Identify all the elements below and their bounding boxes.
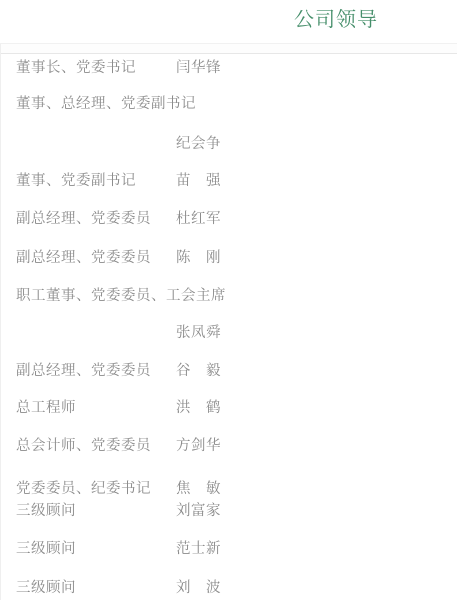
leadership-row: 职工董事、党委委员、工会主席 [0,289,457,305]
position-title: 董事、总经理、党委副书记 [16,97,196,112]
leadership-page: 公司领导 董事长、党委书记 闫华锋 董事、总经理、党委副书记 纪会争 董事、党委… [0,0,457,600]
position-title: 党委委员、纪委书记 [16,482,151,497]
leadership-row: 张凤舜 [0,326,457,342]
leadership-row: 董事、总经理、党委副书记 [0,97,457,113]
position-title: 副总经理、党委委员 [16,364,151,379]
person-name: 陈 刚 [176,251,221,266]
position-title: 三级顾问 [16,581,76,596]
leadership-row: 党委委员、纪委书记 焦 敏 [0,482,457,498]
person-name: 刘富家 [176,504,221,519]
leadership-row: 副总经理、党委委员 谷 毅 [0,364,457,380]
leadership-row: 纪会争 [0,137,457,153]
person-name: 焦 敏 [176,482,221,497]
person-name: 苗 强 [176,174,221,189]
leadership-row: 三级顾问 刘富家 [0,504,457,520]
page-title: 公司领导 [294,3,378,32]
person-name: 谷 毅 [176,364,221,379]
position-title: 总会计师、党委委员 [16,439,151,454]
person-name: 张凤舜 [176,326,221,341]
person-name: 洪 鹤 [176,401,221,416]
person-name: 纪会争 [176,137,221,152]
person-name: 闫华锋 [176,61,221,76]
position-title: 三级顾问 [16,542,76,557]
person-name: 杜红军 [176,212,221,227]
position-title: 董事、党委副书记 [16,174,136,189]
leadership-row: 副总经理、党委委员 陈 刚 [0,251,457,267]
position-title: 三级顾问 [16,504,76,519]
position-title: 董事长、党委书记 [16,61,136,76]
header-divider [0,43,457,54]
position-title: 总工程师 [16,401,76,416]
person-name: 范士新 [176,542,221,557]
person-name: 方剑华 [176,439,221,454]
position-title: 副总经理、党委委员 [16,212,151,227]
leadership-row: 三级顾问 范士新 [0,542,457,558]
position-title: 副总经理、党委委员 [16,251,151,266]
leadership-row: 总会计师、党委委员 方剑华 [0,439,457,455]
leadership-row: 董事长、党委书记 闫华锋 [0,61,457,77]
person-name: 刘 波 [176,581,221,596]
leadership-row: 三级顾问 刘 波 [0,581,457,597]
leadership-row: 总工程师 洪 鹤 [0,401,457,417]
leadership-row: 董事、党委副书记 苗 强 [0,174,457,190]
leadership-row: 副总经理、党委委员 杜红军 [0,212,457,228]
position-title: 职工董事、党委委员、工会主席 [16,289,226,304]
